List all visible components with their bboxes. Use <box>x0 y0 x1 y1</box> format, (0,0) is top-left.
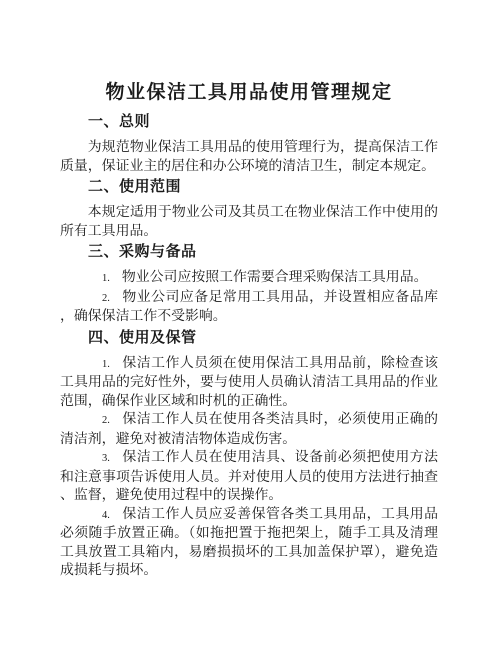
section-heading-procurement: 三、采购与备品 <box>60 243 438 262</box>
paragraph-scope: 本规定适用于物业公司及其员工在物业保洁工作中使用的所有工具用品。 <box>60 204 438 241</box>
document-page: 物业保洁工具用品使用管理规定 一、总则 为规范物业保洁工具用品的使用管理行为，提… <box>0 0 500 647</box>
list-item: 2.保洁工作人员在使用各类洁具时，必须使用正确的清洁剂，避免对被清洁物体造成伤害… <box>60 411 438 449</box>
document-title: 物业保洁工具用品使用管理规定 <box>60 82 438 104</box>
list-item-number: 2. <box>102 293 110 304</box>
list-item-text: 物业公司应备足常用工具用品，并设置相应备品库，确保保洁工作不受影响。 <box>60 290 438 325</box>
list-item-text: 保洁工作人员在使用洁具、设备前必须把使用方法和注意事项告诉使用人员。并对使用人员… <box>60 450 438 503</box>
list-item-number: 3. <box>102 453 110 464</box>
section-heading-scope: 二、使用范围 <box>60 178 438 197</box>
list-item-number: 4. <box>102 510 110 521</box>
list-item: 2.物业公司应备足常用工具用品，并设置相应备品库，确保保洁工作不受影响。 <box>60 289 438 327</box>
list-item-text: 保洁工作人员须在使用保洁工具用品前，除检查该工具用品的完好性外，要与使用人员确认… <box>60 356 438 409</box>
section-heading-general-rules: 一、总则 <box>60 113 438 132</box>
list-item-number: 1. <box>102 273 110 284</box>
list-item: 1.物业公司应按照工作需要合理采购保洁工具用品。 <box>60 269 438 289</box>
list-item-text: 保洁工作人员在使用各类洁具时，必须使用正确的清洁剂，避免对被清洁物体造成伤害。 <box>60 412 438 447</box>
list-item-text: 保洁工作人员应妥善保管各类工具用品，工具用品必须随手放置正确。（如拖把置于拖把架… <box>60 507 438 579</box>
list-item: 3.保洁工作人员在使用洁具、设备前必须把使用方法和注意事项告诉使用人员。并对使用… <box>60 449 438 506</box>
list-item: 4.保洁工作人员应妥善保管各类工具用品，工具用品必须随手放置正确。（如拖把置于拖… <box>60 506 438 581</box>
list-item-number: 1. <box>102 359 110 370</box>
list-item-number: 2. <box>102 415 110 426</box>
paragraph-general-rules: 为规范物业保洁工具用品的使用管理行为，提高保洁工作质量，保证业主的居住和办公环境… <box>60 139 438 176</box>
list-item-text: 物业公司应按照工作需要合理采购保洁工具用品。 <box>122 270 428 285</box>
list-item: 1.保洁工作人员须在使用保洁工具用品前，除检查该工具用品的完好性外，要与使用人员… <box>60 355 438 412</box>
section-heading-usage-storage: 四、使用及保管 <box>60 329 438 348</box>
